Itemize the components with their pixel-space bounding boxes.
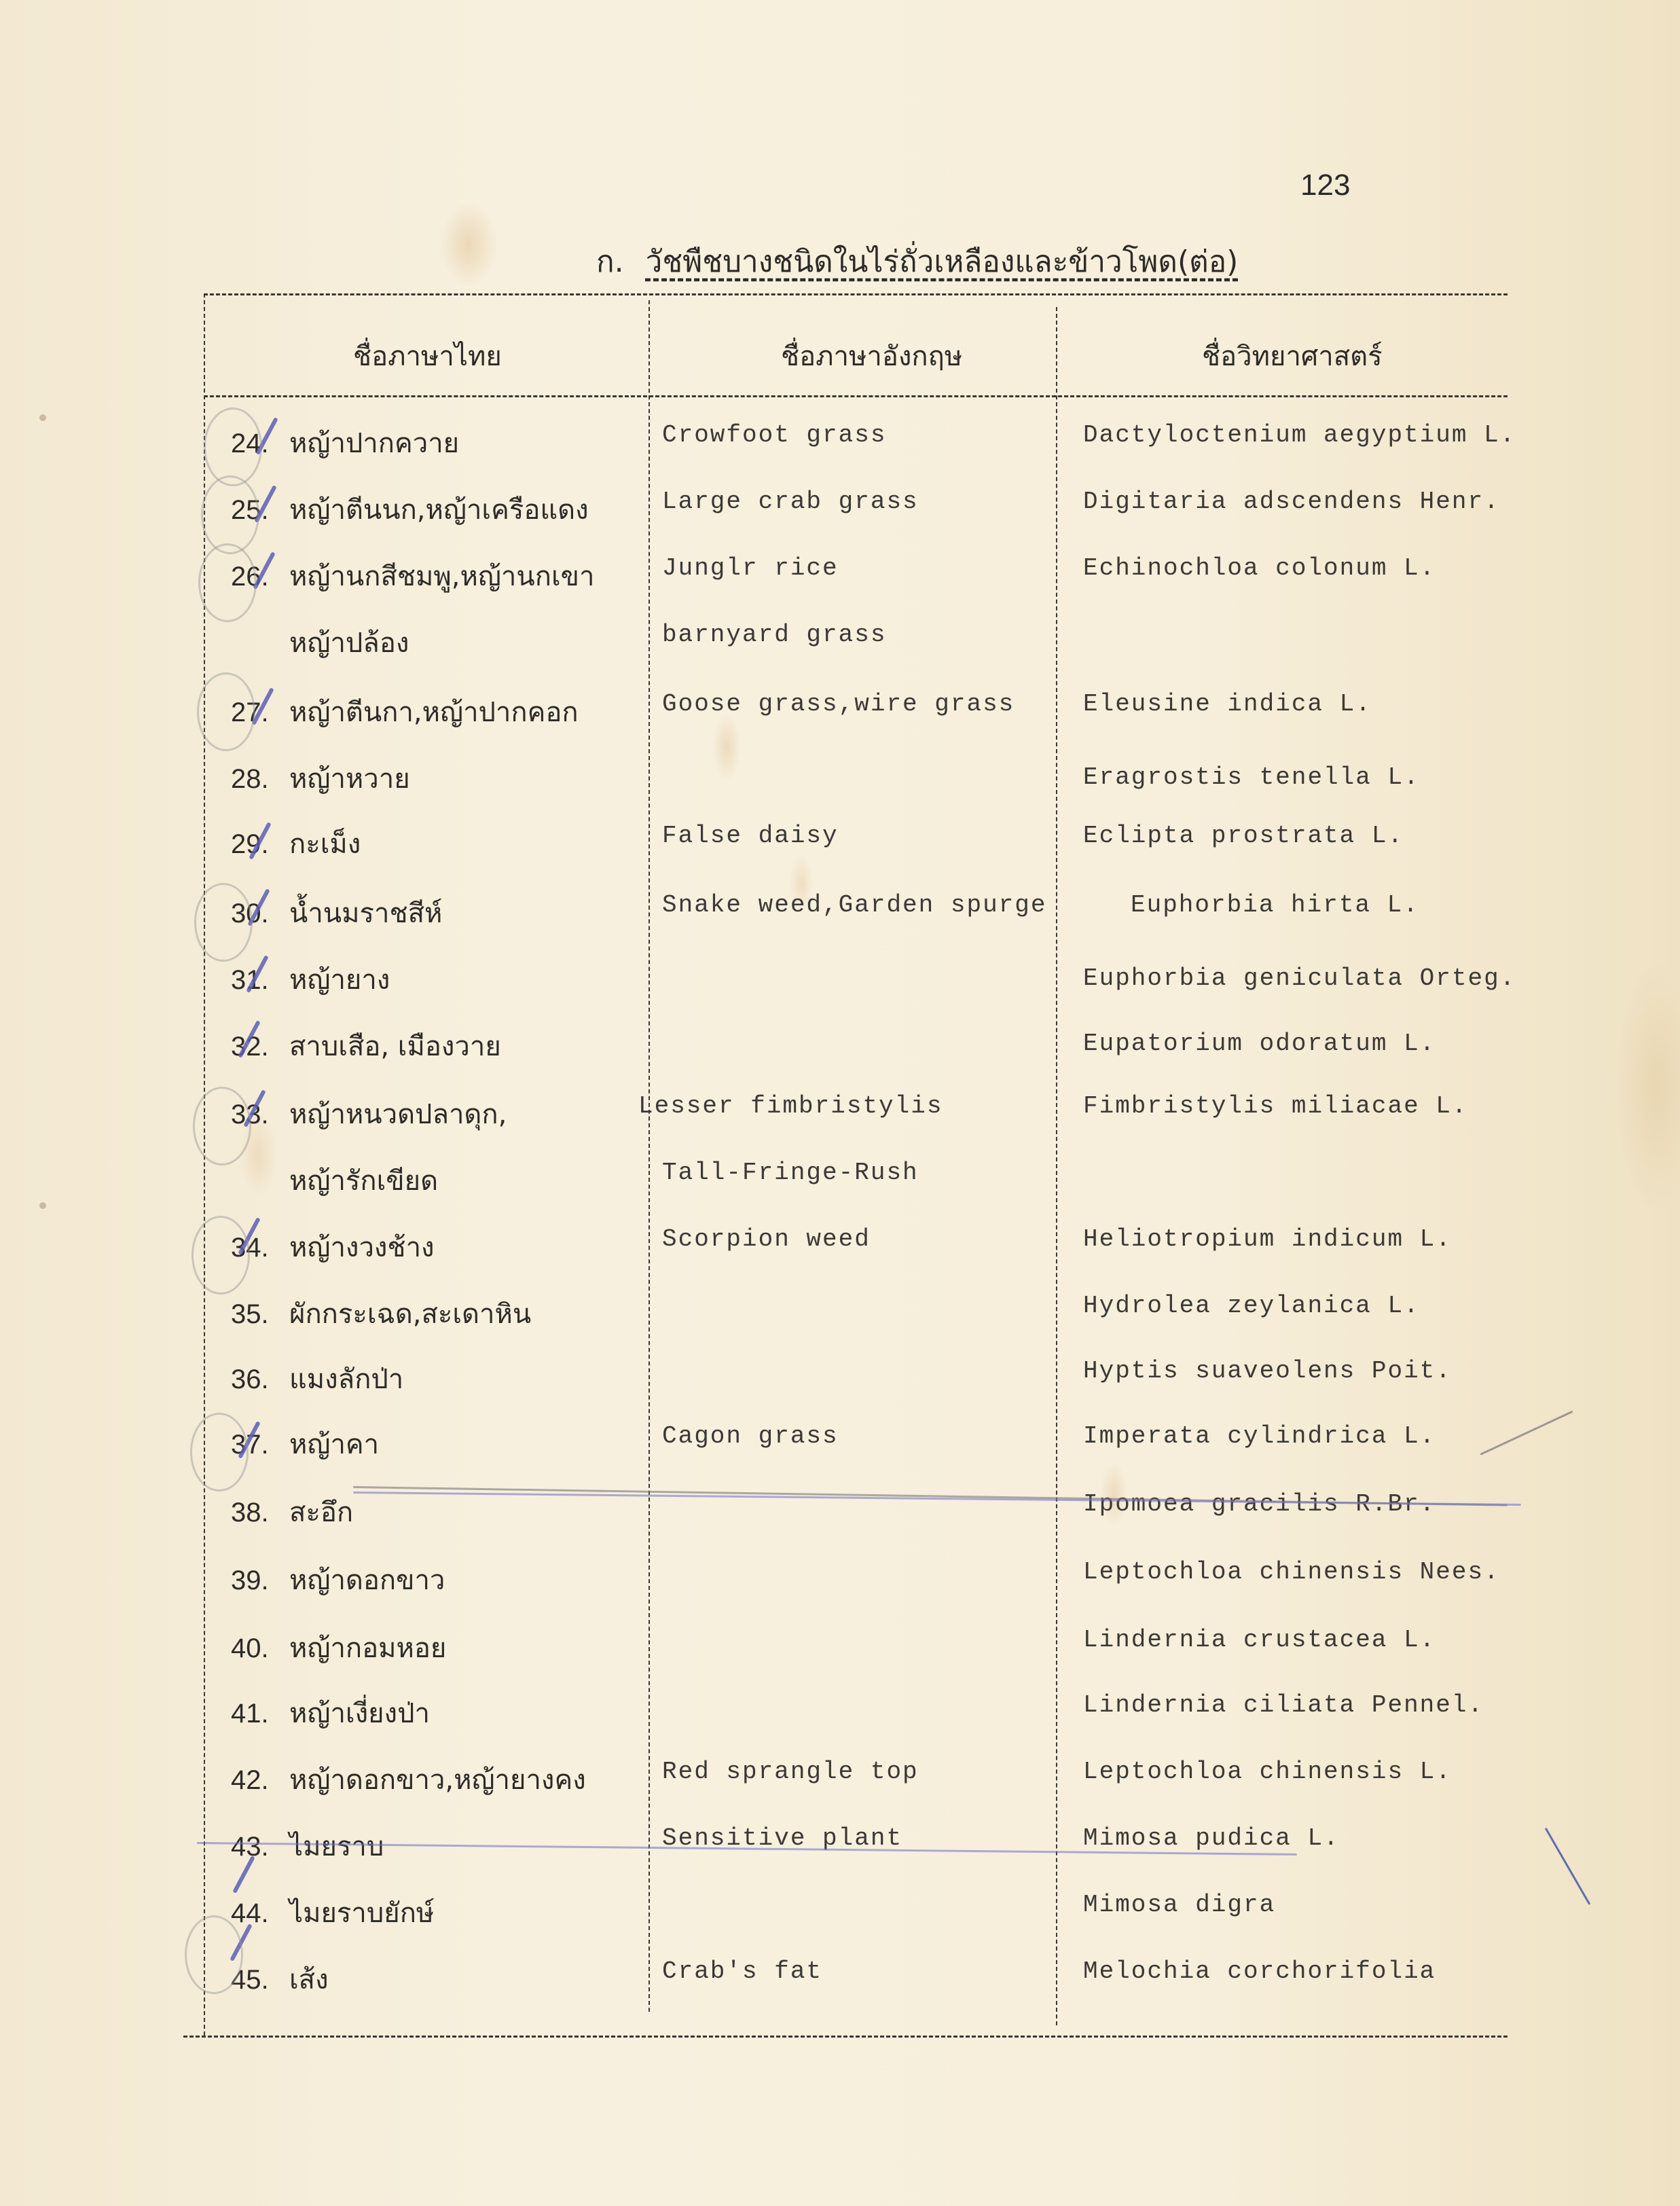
table-row: 36.แมงลักป่า Hyptis suaveolens Poit. <box>204 1345 1508 1410</box>
page-number: 123 <box>1300 168 1350 202</box>
table-row: 24.หญ้าปากควาย Crowfoot grass Dactylocte… <box>204 409 1508 474</box>
thai-name-cell: 44.ไมยราบยักษ์ <box>231 1891 434 1934</box>
thai-name-cell: 45.เส้ง <box>231 1957 329 2001</box>
thai-name-cell: 28.หญ้าหวาย <box>231 757 410 800</box>
thai-name-cell: 27.หญ้าตีนกา,หญ้าปากคอก <box>231 690 579 734</box>
scientific-name-cell: Imperata cylindrica L. <box>1083 1422 1436 1450</box>
table-row: 37.หญ้าคา Cagon grass Imperata cylindric… <box>204 1410 1508 1475</box>
english-name-cell: Goose grass,wire grass <box>662 690 1015 718</box>
scientific-name-cell: Eleusine indica L. <box>1083 690 1372 718</box>
thai-name-cell: 38.สะอึก <box>231 1490 353 1534</box>
table-row: 41.หญ้าเงี่ยงป่า Lindernia ciliata Penne… <box>204 1679 1508 1744</box>
thai-name: หญ้าปากควาย <box>289 428 459 459</box>
table-row: 45.เส้ง Crab's fat Melochia corchorifoli… <box>204 1945 1508 2010</box>
table-top-rule <box>204 293 1508 295</box>
row-number: 38. <box>231 1498 289 1528</box>
thai-name: หญ้าเงี่ยงป่า <box>289 1698 430 1729</box>
row-number: 32. <box>231 1032 289 1062</box>
thai-name: ไมยราบ <box>289 1831 384 1862</box>
table-row: 26.หญ้านกสีชมพู,หญ้านกเขา Junglr rice Ec… <box>204 542 1508 607</box>
table-row: 25.หญ้าตีนนก,หญ้าเครือแดง Large crab gra… <box>204 475 1508 541</box>
thai-name: หญ้านกสีชมพู,หญ้านกเขา <box>289 561 594 592</box>
table-row-continuation: หญ้ารักเขียด Tall-Fringe-Rush <box>204 1146 1508 1212</box>
english-name-cell: Crowfoot grass <box>662 421 886 449</box>
pencil-circle-mark <box>190 1413 249 1491</box>
row-number: 41. <box>231 1699 289 1729</box>
thai-name: หญ้าหนวดปลาดุก, <box>289 1099 507 1130</box>
thai-name-cell: 26.หญ้านกสีชมพู,หญ้านกเขา <box>231 554 594 598</box>
english-name-cell: barnyard grass <box>662 621 886 649</box>
thai-name-cell: 36.แมงลักป่า <box>231 1357 403 1400</box>
row-number: 36. <box>231 1364 289 1395</box>
row-number: 44. <box>231 1898 289 1929</box>
pencil-circle-mark <box>198 543 257 622</box>
table-row: 35.ผักกระเฉด,สะเดาหิน Hydrolea zeylanica… <box>204 1280 1508 1345</box>
scientific-name-cell: Echinochloa colonum L. <box>1083 554 1436 582</box>
scientific-name-cell: Digitaria adscendens Henr. <box>1083 488 1500 516</box>
thai-name-cell: หญ้ารักเขียด <box>289 1159 438 1202</box>
scientific-name-cell: Dactyloctenium aegyptium L. <box>1083 421 1516 449</box>
thai-name-cell: 33.หญ้าหนวดปลาดุก, <box>231 1092 507 1136</box>
scientific-name-cell: Heliotropium indicum L. <box>1083 1225 1452 1253</box>
english-name-cell: Junglr rice <box>662 554 839 582</box>
table-row: 44.ไมยราบยักษ์ Mimosa digra <box>204 1879 1508 1944</box>
thai-name: แมงลักป่า <box>289 1364 403 1395</box>
thai-name: สะอึก <box>289 1497 353 1528</box>
scientific-name-cell: Eclipta prostrata L. <box>1083 822 1404 850</box>
pencil-circle-mark <box>204 408 262 486</box>
pencil-circle-mark <box>185 1915 243 1994</box>
thai-name-cell: หญ้าปล้อง <box>289 621 409 664</box>
table-row: 32.สาบเสือ, เมืองวาย Eupatorium odoratum… <box>204 1012 1508 1077</box>
thai-name: กะเม็ง <box>289 829 361 860</box>
row-number: 43. <box>231 1832 289 1862</box>
thai-name: หญ้างวงช้าง <box>289 1232 435 1263</box>
scientific-name-cell: Leptochloa chinensis Nees. <box>1083 1558 1500 1586</box>
scientific-name-cell: Lindernia ciliata Pennel. <box>1083 1691 1484 1719</box>
thai-name-cell: 42.หญ้าดอกขาว,หญ้ายางคง <box>231 1758 586 1801</box>
table-row: 28.หญ้าหวาย Eragrostis tenella L. <box>204 744 1508 810</box>
thai-name: หญ้าคา <box>289 1429 379 1460</box>
header-english-name: ชื่อภาษาอังกฤษ <box>781 334 962 378</box>
thai-name-cell: 32.สาบเสือ, เมืองวาย <box>231 1024 501 1068</box>
title-prefix: ก. <box>596 245 624 279</box>
thai-name: หญ้าดอกขาว <box>289 1565 445 1596</box>
row-number: 28. <box>231 764 289 795</box>
thai-name-cell: 35.ผักกระเฉด,สะเดาหิน <box>231 1292 531 1335</box>
scientific-name-cell: Mimosa pudica L. <box>1083 1824 1340 1852</box>
scientific-name-cell: Eragrostis tenella L. <box>1083 763 1420 791</box>
english-name-cell: Large crab grass <box>662 488 919 516</box>
row-number: 35. <box>231 1299 289 1330</box>
pencil-circle-mark <box>194 883 253 962</box>
pencil-circle-mark <box>191 1216 250 1295</box>
english-name-cell: False daisy <box>662 822 839 850</box>
scientific-name-cell: Eupatorium odoratum L. <box>1083 1030 1436 1057</box>
thai-name: หญ้าตีนนก,หญ้าเครือแดง <box>289 494 589 526</box>
thai-name-cell: 41.หญ้าเงี่ยงป่า <box>231 1691 430 1735</box>
english-name-cell: Tall-Fringe-Rush <box>662 1159 919 1187</box>
scientific-name-cell: Leptochloa chinensis L. <box>1083 1758 1452 1786</box>
english-name-cell: Cagon grass <box>662 1422 839 1450</box>
thai-name-cell: 43.ไมยราบ <box>231 1824 384 1868</box>
table-row: 30.น้ำนมราชสีห์ Snake weed,Garden spurge… <box>204 879 1508 944</box>
english-name-cell: Lesser fimbristylis <box>638 1092 943 1120</box>
punch-hole-mark <box>39 414 46 421</box>
thai-name: หญ้าหวาย <box>289 763 410 795</box>
header-scientific-name: ชื่อวิทยาศาสตร์ <box>1202 334 1383 378</box>
row-number: 39. <box>231 1566 289 1596</box>
table-row: 39.หญ้าดอกขาว Leptochloa chinensis Nees. <box>204 1546 1508 1611</box>
pencil-circle-mark <box>201 475 259 554</box>
page-title: ก. วัชพืชบางชนิดในไร่ถั่วเหลืองและข้าวโพ… <box>596 238 1238 285</box>
thai-name: น้ำนมราชสีห์ <box>289 898 442 929</box>
thai-name: หญ้าดอกขาว,หญ้ายางคง <box>289 1765 586 1796</box>
scientific-name-cell: Euphorbia geniculata Orteg. <box>1083 964 1516 992</box>
table-row-continuation: หญ้าปล้อง barnyard grass <box>204 609 1508 674</box>
punch-hole-mark <box>39 1202 46 1209</box>
pencil-circle-mark <box>197 672 255 751</box>
english-name-cell: Crab's fat <box>662 1957 822 1985</box>
scientific-name-cell: Melochia corchorifolia <box>1083 1957 1436 1985</box>
pencil-circle-mark <box>193 1087 251 1165</box>
english-name-cell: Scorpion weed <box>662 1225 871 1253</box>
thai-name-cell: 40.หญ้ากอมหอย <box>231 1626 446 1669</box>
scientific-name-cell: Hyptis suaveolens Poit. <box>1083 1357 1452 1385</box>
english-name-cell: Snake weed,Garden spurge <box>662 891 1046 919</box>
scientific-name-cell: Mimosa digra <box>1083 1891 1275 1919</box>
header-bottom-rule <box>204 395 1508 397</box>
table-row: 31.หญ้ายาง Euphorbia geniculata Orteg. <box>204 945 1508 1011</box>
row-number: 42. <box>231 1765 289 1796</box>
weed-species-table: ชื่อภาษาไทย ชื่อภาษาอังกฤษ ชื่อวิทยาศาสต… <box>204 293 1508 2036</box>
thai-name: สาบเสือ, เมืองวาย <box>289 1031 501 1062</box>
table-row: 29.กะเม็ง False daisy Eclipta prostrata … <box>204 810 1508 875</box>
thai-name: หญ้าตีนกา,หญ้าปากคอก <box>289 697 579 728</box>
thai-name: เส้ง <box>289 1964 329 1995</box>
table-row: 27.หญ้าตีนกา,หญ้าปากคอก Goose grass,wire… <box>204 678 1508 743</box>
thai-name: ผักกระเฉด,สะเดาหิน <box>289 1299 531 1330</box>
english-name-cell: Red sprangle top <box>662 1758 919 1786</box>
thai-name-cell: 39.หญ้าดอกขาว <box>231 1558 445 1602</box>
header-thai-name: ชื่อภาษาไทย <box>353 334 502 378</box>
thai-name: หญ้ากอมหอย <box>289 1633 446 1664</box>
thai-name-cell: 34.หญ้างวงช้าง <box>231 1225 435 1269</box>
scientific-name-cell: Hydrolea zeylanica L. <box>1083 1292 1420 1320</box>
table-row: 40.หญ้ากอมหอย Lindernia crustacea L. <box>204 1614 1508 1679</box>
table-row: 34.หญ้างวงช้าง Scorpion weed Heliotropiu… <box>204 1213 1508 1278</box>
scientific-name-cell: Fimbristylis miliacae L. <box>1083 1092 1467 1120</box>
table-row: 33.หญ้าหนวดปลาดุก, Lesser fimbristylis F… <box>204 1080 1508 1145</box>
scientific-name-cell: Lindernia crustacea L. <box>1083 1626 1436 1654</box>
table-row: 42.หญ้าดอกขาว,หญ้ายางคง Red sprangle top… <box>204 1746 1508 1811</box>
title-text: วัชพืชบางชนิดในไร่ถั่วเหลืองและข้าวโพด(ต… <box>646 245 1239 279</box>
table-bottom-rule <box>183 2036 1508 2038</box>
thai-name-cell: 25.หญ้าตีนนก,หญ้าเครือแดง <box>231 488 589 531</box>
row-number: 40. <box>231 1633 289 1664</box>
thai-name: หญ้ายาง <box>289 964 390 996</box>
scientific-name-cell: Euphorbia hirta L. <box>1131 891 1419 919</box>
thai-name: ไมยราบยักษ์ <box>289 1898 434 1929</box>
